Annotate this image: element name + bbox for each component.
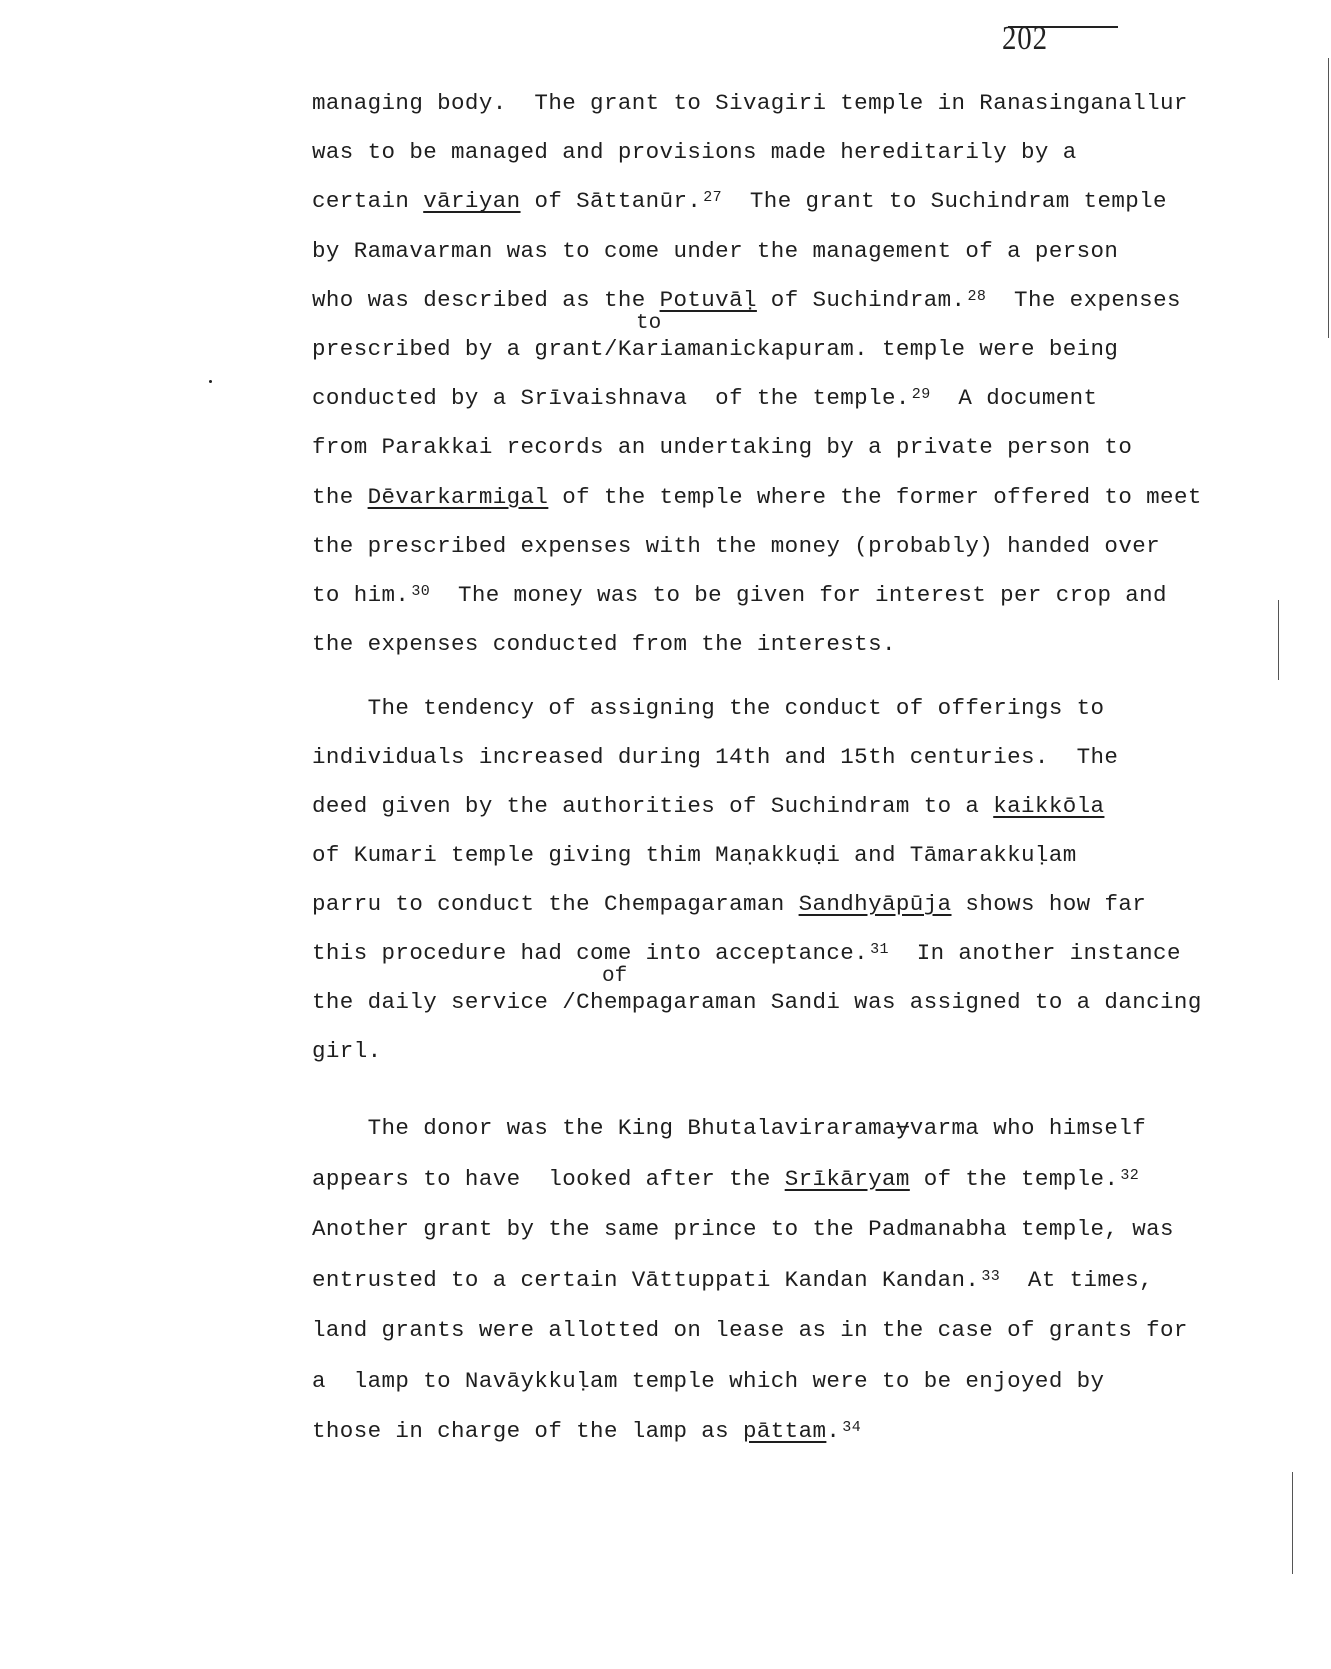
footnote-ref: 27 bbox=[703, 189, 722, 206]
underlined-term: vāriyan bbox=[423, 188, 520, 214]
line-text: from Parakkai records an undertaking by … bbox=[312, 434, 1132, 460]
underlined-term: pāttam bbox=[743, 1418, 826, 1444]
line-text: . bbox=[826, 1418, 840, 1444]
underlined-term: Potuvāḷ bbox=[660, 287, 757, 313]
text-line: those in charge of the lamp as pāttam.34 bbox=[312, 1418, 861, 1444]
line-text: The money was to be given for interest p… bbox=[430, 582, 1167, 608]
text-line: prescribed by a grant/Kariamanickapuram.… bbox=[312, 336, 1118, 362]
margin-scan-line bbox=[1278, 600, 1279, 680]
line-text: the daily service /Chempagaraman Sandi w… bbox=[312, 989, 1202, 1015]
line-text: managing body. The grant to Sivagiri tem… bbox=[312, 90, 1188, 116]
margin-scan-line bbox=[1328, 58, 1329, 338]
line-text: The tendency of assigning the conduct of… bbox=[312, 695, 1104, 721]
line-text: The donor was the King Bhutalaviraramaɏv… bbox=[312, 1115, 1146, 1141]
text-line: land grants were allotted on lease as in… bbox=[312, 1317, 1188, 1343]
footnote-ref: 32 bbox=[1120, 1167, 1139, 1184]
text-line: the daily service /Chempagaraman Sandi w… bbox=[312, 989, 1202, 1015]
footnote-ref: 29 bbox=[912, 386, 931, 403]
line-text: shows how far bbox=[952, 891, 1147, 917]
line-text: the prescribed expenses with the money (… bbox=[312, 533, 1160, 559]
line-text: a lamp to Navāykkuḷam temple which were … bbox=[312, 1368, 1104, 1394]
text-line: this procedure had come into acceptance.… bbox=[312, 940, 1181, 966]
line-text: to him. bbox=[312, 582, 409, 608]
line-text: Another grant by the same prince to the … bbox=[312, 1216, 1174, 1242]
text-line: of Kumari temple giving thim Maṇakkuḍi a… bbox=[312, 842, 1077, 868]
text-line: girl. bbox=[312, 1038, 382, 1064]
text-line: individuals increased during 14th and 15… bbox=[312, 744, 1118, 770]
line-text: this procedure had come into acceptance. bbox=[312, 940, 868, 966]
line-text: individuals increased during 14th and 15… bbox=[312, 744, 1118, 770]
line-text: girl. bbox=[312, 1038, 382, 1064]
line-text: parru to conduct the Chempagaraman bbox=[312, 891, 799, 917]
line-text: of Sāttanūr. bbox=[521, 188, 702, 214]
line-text: The expenses bbox=[986, 287, 1181, 313]
line-text: of Suchindram. bbox=[757, 287, 966, 313]
line-text: the expenses conducted from the interest… bbox=[312, 631, 896, 657]
text-line: Another grant by the same prince to the … bbox=[312, 1216, 1174, 1242]
line-text: prescribed by a grant/Kariamanickapuram.… bbox=[312, 336, 1118, 362]
text-line: The donor was the King Bhutalaviraramaɏv… bbox=[312, 1115, 1146, 1141]
footnote-ref: 31 bbox=[870, 941, 889, 958]
line-text: The grant to Suchindram temple bbox=[722, 188, 1167, 214]
text-line: who was described as the Potuvāḷ of Such… bbox=[312, 287, 1181, 313]
scan-speck bbox=[209, 380, 212, 383]
margin-scan-line bbox=[1292, 1472, 1293, 1574]
line-text: of Kumari temple giving thim Maṇakkuḍi a… bbox=[312, 842, 1077, 868]
line-text: certain bbox=[312, 188, 423, 214]
line-text: conducted by a Srīvaishnava of the templ… bbox=[312, 385, 910, 411]
text-line: appears to have looked after the Srīkāry… bbox=[312, 1166, 1139, 1192]
text-line: managing body. The grant to Sivagiri tem… bbox=[312, 90, 1188, 116]
text-line: to him.30 The money was to be given for … bbox=[312, 582, 1167, 608]
line-text: by Ramavarman was to come under the mana… bbox=[312, 238, 1118, 264]
text-line: The tendency of assigning the conduct of… bbox=[312, 695, 1104, 721]
text-line: the Dēvarkarmigal of the temple where th… bbox=[312, 484, 1202, 510]
footnote-ref: 30 bbox=[411, 583, 430, 600]
line-text: In another instance bbox=[889, 940, 1181, 966]
line-text: A document bbox=[931, 385, 1098, 411]
underlined-term: Srīkāryam bbox=[785, 1166, 910, 1192]
text-line: certain vāriyan of Sāttanūr.27 The grant… bbox=[312, 188, 1167, 214]
text-line: a lamp to Navāykkuḷam temple which were … bbox=[312, 1368, 1104, 1394]
line-text: was to be managed and provisions made he… bbox=[312, 139, 1077, 165]
line-text: At times, bbox=[1000, 1267, 1153, 1293]
line-text: who was described as the bbox=[312, 287, 660, 313]
line-text: entrusted to a certain Vāttuppati Kandan… bbox=[312, 1267, 979, 1293]
page-number: 202 bbox=[1002, 20, 1048, 58]
line-text: land grants were allotted on lease as in… bbox=[312, 1317, 1188, 1343]
line-text: of the temple where the former offered t… bbox=[548, 484, 1201, 510]
footnote-ref: 34 bbox=[842, 1419, 861, 1436]
text-line: the prescribed expenses with the money (… bbox=[312, 533, 1160, 559]
document-page: 202 managing body. The grant to Sivagiri… bbox=[0, 0, 1331, 1669]
handwritten-insertion: of bbox=[602, 965, 627, 988]
line-text: those in charge of the lamp as bbox=[312, 1418, 743, 1444]
text-line: parru to conduct the Chempagaraman Sandh… bbox=[312, 891, 1146, 917]
text-line: the expenses conducted from the interest… bbox=[312, 631, 896, 657]
line-text: the bbox=[312, 484, 368, 510]
text-line: by Ramavarman was to come under the mana… bbox=[312, 238, 1118, 264]
underlined-term: Dēvarkarmigal bbox=[368, 484, 549, 510]
underlined-term: kaikkōla bbox=[993, 793, 1104, 819]
text-line: entrusted to a certain Vāttuppati Kandan… bbox=[312, 1267, 1153, 1293]
text-line: deed given by the authorities of Suchind… bbox=[312, 793, 1104, 819]
text-line: conducted by a Srīvaishnava of the templ… bbox=[312, 385, 1097, 411]
line-text: deed given by the authorities of Suchind… bbox=[312, 793, 993, 819]
footnote-ref: 28 bbox=[967, 288, 986, 305]
underlined-term: Sandhyāpūja bbox=[799, 891, 952, 917]
line-text: appears to have looked after the bbox=[312, 1166, 785, 1192]
text-line: was to be managed and provisions made he… bbox=[312, 139, 1077, 165]
handwritten-insertion: to bbox=[636, 312, 661, 335]
text-line: from Parakkai records an undertaking by … bbox=[312, 434, 1132, 460]
line-text: of the temple. bbox=[910, 1166, 1119, 1192]
footnote-ref: 33 bbox=[981, 1268, 1000, 1285]
